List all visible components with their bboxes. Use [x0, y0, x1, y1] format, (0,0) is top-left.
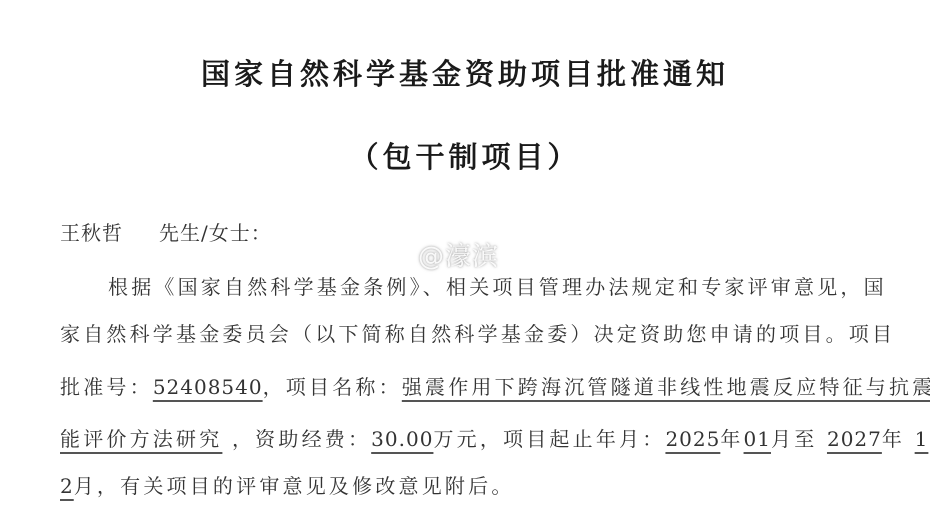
funding-label: ，资助经费：: [222, 427, 371, 451]
end-month-part1: 1: [915, 427, 929, 451]
end-year: 2027: [827, 427, 882, 451]
salutation: 先生/女士：: [159, 221, 272, 245]
year-char-2: 年: [882, 427, 915, 451]
project-name-part2: 能评价方法研究: [60, 427, 222, 451]
approval-number: 52408540: [153, 375, 263, 399]
closing-text: 月，有关项目的评审意见及修改意见附后。: [74, 474, 515, 498]
body-line-2: 家自然科学基金委员会（以下简称自然科学基金委）决定资助您申请的项目。项目: [60, 318, 895, 347]
month-to: 月至: [771, 427, 827, 451]
recipient-name: 王秋哲: [60, 221, 123, 245]
start-year: 2025: [665, 427, 720, 451]
document-subtitle: （包干制项目）: [0, 135, 930, 176]
body-line-5: 2月，有关项目的评审意见及修改意见附后。: [60, 470, 515, 499]
end-month-part2: 2: [60, 474, 74, 498]
watermark: @濠滨: [418, 236, 499, 273]
body-line-1: 根据《国家自然科学基金条例》、相关项目管理办法规定和专家评审意见，国: [108, 271, 887, 300]
funding-amount: 30.00: [371, 427, 433, 451]
project-name-label: ，项目名称：: [263, 375, 402, 399]
approval-number-label: 批准号：: [60, 375, 153, 399]
year-char: 年: [720, 427, 743, 451]
funding-unit-and-period-label: 万元，项目起止年月：: [433, 427, 665, 451]
project-name-part1: 强震作用下跨海沉管隧道非线性地震反应特征与抗震性: [402, 375, 930, 399]
body-line-4: 能评价方法研究 ，资助经费：30.00万元，项目起止年月：2025年01月至 2…: [60, 423, 928, 452]
greeting: 王秋哲先生/女士：: [60, 217, 272, 246]
document-title: 国家自然科学基金资助项目批准通知: [0, 52, 930, 93]
start-month: 01: [744, 427, 771, 451]
body-line-3: 批准号：52408540，项目名称：强震作用下跨海沉管隧道非线性地震反应特征与抗…: [60, 371, 930, 400]
